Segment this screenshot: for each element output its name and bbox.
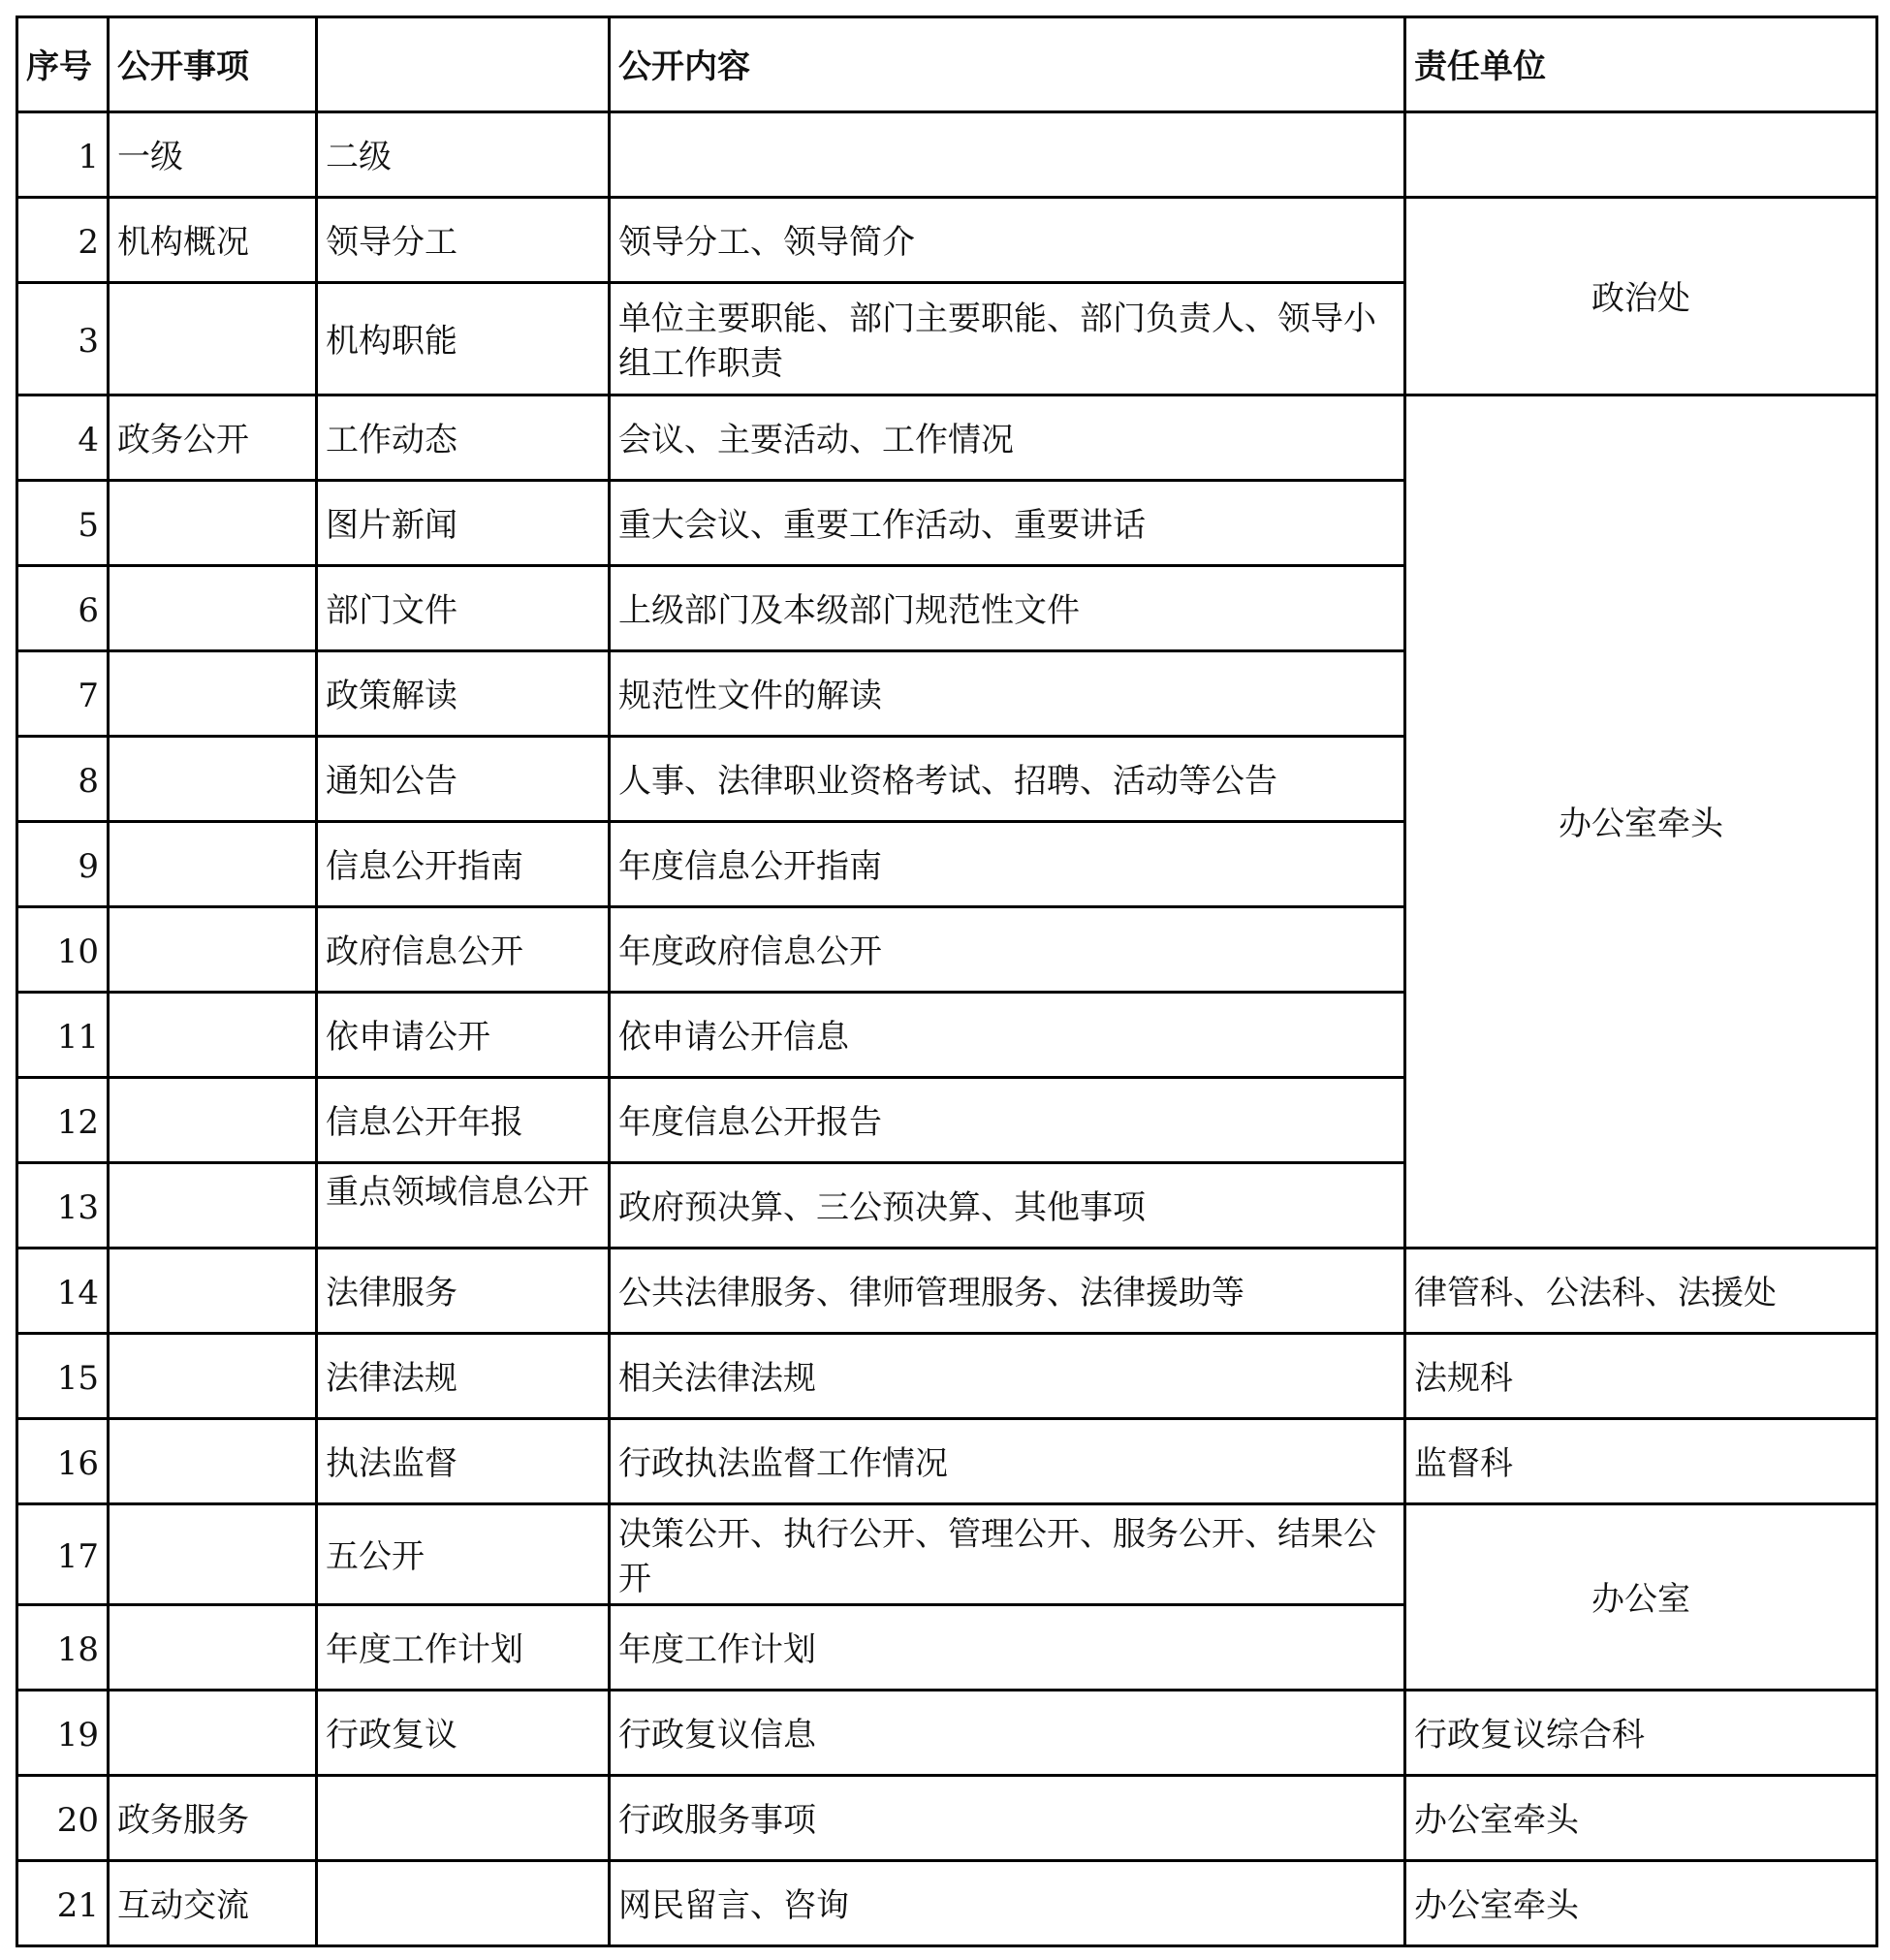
row-index-text: 12 <box>57 1100 99 1145</box>
row-index-text: 18 <box>57 1628 99 1672</box>
row-content: 年度工作计划 <box>608 1603 1406 1691</box>
row-content-text: 依申请公开信息 <box>618 1015 849 1059</box>
row-index: 18 <box>16 1603 110 1691</box>
row-index-text: 5 <box>78 503 99 548</box>
header-index-text: 序号 <box>26 45 92 89</box>
row-level1 <box>107 1502 318 1606</box>
row-level2-text: 法律法规 <box>326 1356 457 1401</box>
row-content-text: 年度政府信息公开 <box>618 930 882 974</box>
row-index: 7 <box>16 649 110 738</box>
row-content-text: 年度信息公开指南 <box>618 844 882 889</box>
row-content: 行政复议信息 <box>608 1689 1406 1777</box>
row-level2-text: 行政复议 <box>326 1713 457 1757</box>
row-level2: 年度工作计划 <box>315 1603 611 1691</box>
row-index-text: 8 <box>78 759 99 804</box>
row-level2-text: 五公开 <box>326 1534 425 1579</box>
row-index: 4 <box>16 394 110 482</box>
row-index: 6 <box>16 564 110 652</box>
row-level2-text: 部门文件 <box>326 588 457 633</box>
row-level2: 二级 <box>315 111 611 199</box>
row-content-text: 领导分工、领导简介 <box>618 220 915 265</box>
row-level1 <box>107 564 318 652</box>
row-level1-text: 政务公开 <box>117 418 249 462</box>
row-level2: 信息公开年报 <box>315 1076 611 1164</box>
row-index-text: 2 <box>78 220 99 265</box>
row-level2 <box>315 1774 611 1862</box>
row-index: 17 <box>16 1502 110 1606</box>
row-index: 21 <box>16 1859 110 1947</box>
row-level2: 工作动态 <box>315 394 611 482</box>
row-index-text: 9 <box>78 844 99 889</box>
row-content-text: 公共法律服务、律师管理服务、法律援助等 <box>618 1271 1244 1315</box>
header-unit-text: 责任单位 <box>1414 45 1546 89</box>
row-content: 决策公开、执行公开、管理公开、服务公开、结果公开 <box>608 1502 1406 1606</box>
row-index: 1 <box>16 111 110 199</box>
row-level1: 政务服务 <box>107 1774 318 1862</box>
row-level2: 重点领域信息公开 <box>315 1161 611 1249</box>
row-content: 重大会议、重要工作活动、重要讲话 <box>608 479 1406 567</box>
row-level1 <box>107 905 318 994</box>
row-index: 8 <box>16 735 110 823</box>
row-index-text: 15 <box>57 1356 99 1401</box>
row-content: 行政服务事项 <box>608 1774 1406 1862</box>
header-item-text: 公开事项 <box>117 45 249 89</box>
header-index: 序号 <box>16 16 110 113</box>
header-content-text: 公开内容 <box>618 45 750 89</box>
row-unit: 办公室牵头 <box>1403 1859 1878 1947</box>
row-content-text: 重大会议、重要工作活动、重要讲话 <box>618 503 1146 548</box>
row-content-text: 决策公开、执行公开、管理公开、服务公开、结果公开 <box>618 1512 1396 1601</box>
row-index: 11 <box>16 991 110 1079</box>
row-unit: 政治处 <box>1403 196 1878 396</box>
row-unit: 办公室牵头 <box>1403 394 1878 1249</box>
row-index-text: 13 <box>57 1185 99 1230</box>
row-content-text: 行政服务事项 <box>618 1798 816 1843</box>
row-index: 2 <box>16 196 110 284</box>
row-level1-text: 一级 <box>117 135 183 179</box>
row-level2: 依申请公开 <box>315 991 611 1079</box>
row-unit: 法规科 <box>1403 1332 1878 1420</box>
row-level1 <box>107 820 318 908</box>
row-index: 5 <box>16 479 110 567</box>
row-level2-text: 通知公告 <box>326 759 457 804</box>
row-level1 <box>107 1332 318 1420</box>
row-content-text: 年度工作计划 <box>618 1628 816 1672</box>
row-content-text: 会议、主要活动、工作情况 <box>618 418 1014 462</box>
row-index: 9 <box>16 820 110 908</box>
row-index-text: 3 <box>78 319 99 364</box>
row-index: 20 <box>16 1774 110 1862</box>
row-unit-text: 办公室 <box>1591 1577 1690 1622</box>
header-content: 公开内容 <box>608 16 1406 113</box>
row-index-text: 19 <box>57 1713 99 1757</box>
row-level2-text: 依申请公开 <box>326 1015 490 1059</box>
row-index-text: 10 <box>57 930 99 974</box>
disclosure-table: 序号公开事项公开内容责任单位1一级二级2机构概况领导分工领导分工、领导简介政治处… <box>0 0 1890 1960</box>
row-content: 年度政府信息公开 <box>608 905 1406 994</box>
row-content-text: 人事、法律职业资格考试、招聘、活动等公告 <box>618 759 1277 804</box>
row-index: 15 <box>16 1332 110 1420</box>
row-content: 会议、主要活动、工作情况 <box>608 394 1406 482</box>
row-content: 行政执法监督工作情况 <box>608 1417 1406 1505</box>
row-level2: 五公开 <box>315 1502 611 1606</box>
row-level2: 通知公告 <box>315 735 611 823</box>
row-level2: 法律法规 <box>315 1332 611 1420</box>
row-index: 3 <box>16 281 110 396</box>
row-content-text: 相关法律法规 <box>618 1356 816 1401</box>
row-unit-text: 律管科、公法科、法援处 <box>1414 1271 1777 1315</box>
row-level2: 部门文件 <box>315 564 611 652</box>
row-level1 <box>107 1247 318 1335</box>
row-index-text: 17 <box>57 1534 99 1579</box>
row-unit: 办公室牵头 <box>1403 1774 1878 1862</box>
row-content: 领导分工、领导简介 <box>608 196 1406 284</box>
row-content-text: 规范性文件的解读 <box>618 674 882 718</box>
row-level2-text: 政策解读 <box>326 674 457 718</box>
row-unit-text: 办公室牵头 <box>1559 802 1723 846</box>
row-index-text: 14 <box>57 1271 99 1315</box>
row-level1: 机构概况 <box>107 196 318 284</box>
row-content: 单位主要职能、部门主要职能、部门负责人、领导小组工作职责 <box>608 281 1406 396</box>
row-unit-text: 行政复议综合科 <box>1414 1713 1645 1757</box>
row-level1: 政务公开 <box>107 394 318 482</box>
row-level2: 政策解读 <box>315 649 611 738</box>
row-content: 公共法律服务、律师管理服务、法律援助等 <box>608 1247 1406 1335</box>
row-content: 规范性文件的解读 <box>608 649 1406 738</box>
row-unit: 行政复议综合科 <box>1403 1689 1878 1777</box>
row-level2-text: 领导分工 <box>326 220 457 265</box>
row-content-text: 上级部门及本级部门规范性文件 <box>618 588 1080 633</box>
header-item-sub <box>315 16 611 113</box>
row-level2: 领导分工 <box>315 196 611 284</box>
row-unit: 办公室 <box>1403 1502 1878 1691</box>
row-index-text: 4 <box>78 418 99 462</box>
row-content: 依申请公开信息 <box>608 991 1406 1079</box>
row-content: 人事、法律职业资格考试、招聘、活动等公告 <box>608 735 1406 823</box>
row-content-text: 行政执法监督工作情况 <box>618 1441 948 1486</box>
row-level2-text: 机构职能 <box>326 319 457 364</box>
row-index-text: 16 <box>57 1441 99 1486</box>
row-content: 相关法律法规 <box>608 1332 1406 1420</box>
row-level1 <box>107 1161 318 1249</box>
row-level1-text: 机构概况 <box>117 220 249 265</box>
row-index-text: 7 <box>78 674 99 718</box>
row-level1 <box>107 735 318 823</box>
row-content-text: 单位主要职能、部门主要职能、部门负责人、领导小组工作职责 <box>618 297 1396 386</box>
row-level1 <box>107 281 318 396</box>
row-level2: 行政复议 <box>315 1689 611 1777</box>
row-index-text: 21 <box>57 1883 99 1928</box>
row-level2-text: 信息公开年报 <box>326 1100 523 1145</box>
row-unit: 监督科 <box>1403 1417 1878 1505</box>
row-level2-text: 工作动态 <box>326 418 457 462</box>
row-level2: 执法监督 <box>315 1417 611 1505</box>
row-content: 年度信息公开报告 <box>608 1076 1406 1164</box>
row-unit <box>1403 111 1878 199</box>
header-unit: 责任单位 <box>1403 16 1878 113</box>
row-level1 <box>107 991 318 1079</box>
row-unit-text: 监督科 <box>1414 1441 1513 1486</box>
row-unit-text: 办公室牵头 <box>1414 1883 1579 1928</box>
row-level1 <box>107 479 318 567</box>
row-level1: 互动交流 <box>107 1859 318 1947</box>
row-level2: 法律服务 <box>315 1247 611 1335</box>
row-index: 16 <box>16 1417 110 1505</box>
row-level2: 图片新闻 <box>315 479 611 567</box>
row-level2-text: 执法监督 <box>326 1441 457 1486</box>
row-level1-text: 政务服务 <box>117 1798 249 1843</box>
header-item: 公开事项 <box>107 16 318 113</box>
row-content: 政府预决算、三公预决算、其他事项 <box>608 1161 1406 1249</box>
row-content <box>608 111 1406 199</box>
row-index: 19 <box>16 1689 110 1777</box>
row-level2-text: 年度工作计划 <box>326 1628 523 1672</box>
row-content-text: 网民留言、咨询 <box>618 1883 849 1928</box>
row-level2: 机构职能 <box>315 281 611 396</box>
row-content: 网民留言、咨询 <box>608 1859 1406 1947</box>
row-level2-text: 法律服务 <box>326 1271 457 1315</box>
row-level2-text: 信息公开指南 <box>326 844 523 889</box>
row-unit-text: 法规科 <box>1414 1356 1513 1401</box>
row-unit-text: 办公室牵头 <box>1414 1798 1579 1843</box>
row-level2: 信息公开指南 <box>315 820 611 908</box>
row-level2: 政府信息公开 <box>315 905 611 994</box>
row-level2-text: 图片新闻 <box>326 503 457 548</box>
row-index-text: 11 <box>57 1015 99 1059</box>
row-unit: 律管科、公法科、法援处 <box>1403 1247 1878 1335</box>
row-level1 <box>107 649 318 738</box>
row-content-text: 年度信息公开报告 <box>618 1100 882 1145</box>
row-index-text: 20 <box>57 1798 99 1843</box>
row-level2-text: 二级 <box>326 135 392 179</box>
row-level1: 一级 <box>107 111 318 199</box>
row-level2-text: 政府信息公开 <box>326 930 523 974</box>
row-content-text: 行政复议信息 <box>618 1713 816 1757</box>
row-level1 <box>107 1076 318 1164</box>
row-level1 <box>107 1417 318 1505</box>
row-index-text: 6 <box>78 588 99 633</box>
row-index: 10 <box>16 905 110 994</box>
row-index: 12 <box>16 1076 110 1164</box>
row-level1 <box>107 1689 318 1777</box>
row-index: 14 <box>16 1247 110 1335</box>
row-index-text: 1 <box>78 135 99 179</box>
row-level2 <box>315 1859 611 1947</box>
row-level2-text: 重点领域信息公开 <box>326 1170 589 1215</box>
row-content-text: 政府预决算、三公预决算、其他事项 <box>618 1185 1146 1230</box>
row-unit-text: 政治处 <box>1591 276 1690 321</box>
row-content: 年度信息公开指南 <box>608 820 1406 908</box>
row-content: 上级部门及本级部门规范性文件 <box>608 564 1406 652</box>
row-index: 13 <box>16 1161 110 1249</box>
row-level1 <box>107 1603 318 1691</box>
row-level1-text: 互动交流 <box>117 1883 249 1928</box>
